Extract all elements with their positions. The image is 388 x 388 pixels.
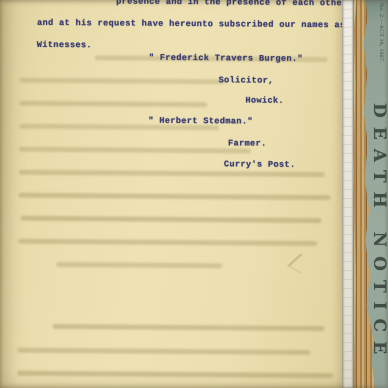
typed-line: Curry's Post. [224,159,296,170]
typed-line: " Frederick Travers Burgen." [149,53,303,64]
typed-line: " Herbert Stedman." [148,116,253,127]
death-notice-vertical-title: DEATH NOTICE [368,103,388,363]
typed-line: Howick. [245,95,284,105]
typed-line: Solicitor, [218,75,273,85]
typed-line: presence and in the presence of each oth… [116,0,342,8]
underlying-white-page-edge [342,0,353,388]
typed-line: Farmer. [228,138,267,148]
will-attestation-page: presence and in the presence of each oth… [0,0,342,388]
form-act-reference-text: No. 2.—ACT 38, 1887. [376,3,385,63]
typed-line: Witnesses. [37,40,92,50]
typed-text-layer: presence and in the presence of each oth… [0,0,342,388]
typed-line: and at his request have hereunto subscri… [37,18,342,30]
scanned-document-photo: presence and in the presence of each oth… [0,0,388,388]
